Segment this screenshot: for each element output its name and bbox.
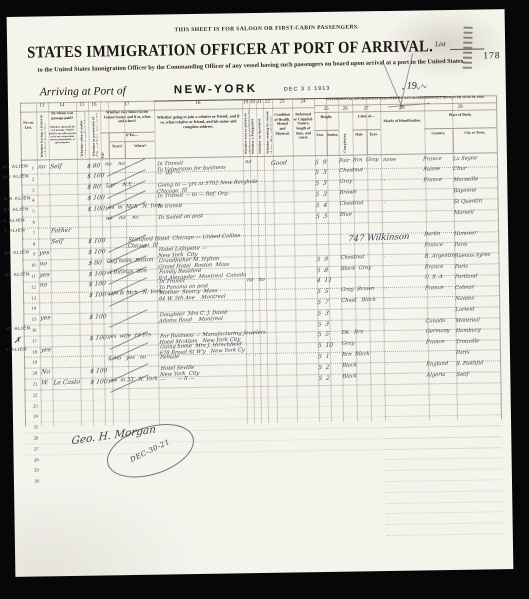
manifest-cell-friend: In Transit — to — Ref. Org. [157,191,229,199]
manifest-cell-country: France [424,243,443,249]
manifest-cell-town: Portland [454,275,477,281]
manifest-cell-payer: Father [51,227,72,235]
manifest-cell-money: $ 100 [87,205,105,213]
manifest-cell-country: Canada [425,318,446,324]
manifest-cell-town: Marseille [453,177,478,183]
ledger-line [387,522,503,525]
manifest-rows: 1NT ALIENnoSelf$ 80no noIn Transit To Va… [7,9,505,17]
manifest-cell-money: $ 100 [88,237,106,245]
manifest-cell-town: Marseil [453,210,474,216]
row-number: 19 [24,360,37,365]
manifest-cell-marks: · [385,319,387,325]
row-number: 26 [25,436,38,441]
manifest-cell-hair: Chestnut [339,201,364,207]
row-number: 27 [25,446,38,451]
manifest-cell-hair: Black [342,374,357,380]
manifest-cell-money: $ 100 [89,334,107,342]
row-number: 3 [21,187,34,192]
manifest-cell-c13: no [39,282,47,289]
manifest-cell-pencil: ✗ [13,336,21,346]
manifest-cell-prior: 4 mo yes no [108,355,147,362]
arriving-at-port-label: Arriving at Port of [40,85,126,98]
ledger-line [387,533,503,536]
manifest-cell-money: $ 100 [88,270,106,278]
manifest-cell-country: France [425,286,444,292]
row-number: 17 [24,338,37,343]
manifest-cell-friend: To Sailed on post [157,214,203,221]
manifest-grid [7,9,505,17]
ledger-line [386,468,502,471]
manifest-cell-height: 5 2 [318,363,330,370]
manifest-cell-hair: Black Gray [340,265,371,272]
manifest-cell-hair: Gray [339,179,352,185]
manifest-cell-money: $ 100 [90,378,108,386]
row-number: 21 [24,382,37,387]
manifest-cell-prior: no no [105,161,125,167]
manifest-cell-c13: yes [39,271,50,278]
manifest-cell-money: $ 80 [88,259,102,267]
manifest-cell-c13: yes [40,314,51,321]
manifest-cell-height: 5 3 [315,191,327,198]
ledger-line [386,479,502,482]
manifest-cell-marks: · [383,179,385,185]
manifest-cell-money: $ 100 [87,173,105,181]
manifest-cell-country: France [424,264,443,270]
ledger-line [386,501,502,504]
manifest-cell-town: Colmar [455,285,475,291]
manifest-cell-height: 5 3 [317,320,329,327]
manifest-cell-health: Good [271,159,288,167]
manifest-cell-town: Paris [456,350,470,356]
row-number: 13 [23,295,36,300]
sheet-type-banner: THIS SHEET IS FOR SALOON OR FIRST-CABIN … [157,24,377,33]
manifest-cell-flags: no no [247,278,265,284]
manifest-cell-country: Algeria [426,372,446,378]
ledger-line [385,404,501,407]
manifest-cell-c13: W. [41,379,49,386]
ledger-line [386,512,502,515]
manifest-cell-marks: · [385,287,387,293]
manifest-cell-town: St Quentin [453,199,482,206]
ledger-line [385,436,501,439]
row-number: 25 [25,425,38,430]
manifest-cell-town: Hanover [454,231,477,237]
manifest-cell-country: France [423,156,442,162]
manifest-cell-money: $ 100 [89,313,107,321]
manifest-cell-friend: In transit [157,204,182,210]
row-number: 23 [25,403,38,408]
manifest-cell-height: 5 7 [317,299,329,306]
manifest-cell-hair: Chestnut [339,168,364,174]
manifest-cell-town: Paris [454,242,468,248]
ledger-line [385,414,501,417]
arrival-date-stamp: DEC 3 1 1913 [284,86,331,93]
manifest-cell-stamp: NT ALIEN [4,249,29,255]
manifest-cell-town: Chur [453,167,467,173]
manifest-cell-town: Buenos Ayres [454,253,490,260]
port-name: NEW-YORK [174,83,258,96]
row-number: 8 [22,241,35,246]
manifest-cell-height: 5 5 [317,331,329,338]
manifest-cell-hair: Fair Brn Gray [339,157,379,164]
manifest-cell-money: $ 80 [87,183,101,191]
ledger-line [385,393,501,396]
pencil-squiggle: ∿∿ [413,81,428,92]
manifest-cell-friend: Daughter Mrs C. J. David Adams Road Mont… [159,310,228,324]
manifest-cell-marks: · · [384,254,393,260]
manifest-sheet: THIS SHEET IS FOR SALOON OR FIRST-CABIN … [7,9,514,577]
manifest-cell-height: 5 3 [317,309,329,316]
manifest-cell-payer: Self [50,162,63,169]
manifest-cell-stamp: AIK ALIEN [3,195,30,201]
manifest-cell-height: 5 5 [317,288,329,295]
manifest-cell-town: Nantes [455,296,474,302]
manifest-cell-height: 4 11 [316,277,332,285]
manifest-cell-stamp: NT ALIEN [5,271,30,277]
manifest-cell-town: S. Faithful [456,361,484,368]
manifest-cell-town: Lorient [455,307,475,313]
manifest-cell-country: France [426,340,445,346]
manifest-cell-height: 5 1 [318,353,330,360]
oval-stamp-date: DEC-30-21 [129,438,171,464]
row-number: 29 [26,468,39,473]
manifest-cell-prior: no no no [105,215,138,222]
manifest-cell-money: $ 100 [87,194,105,202]
manifest-cell-town: Setif [456,372,469,378]
manifest-cell-money: $ 100 [88,248,106,256]
manifest-cell-town: Bayonne [453,188,476,194]
row-number: 24 [25,414,38,419]
manifest-cell-height: 5 3 [315,169,327,176]
manifest-cell-country: Suisse [423,167,441,173]
manifest-cell-payer: Self [51,238,64,245]
manifest-cell-marks: none [383,157,396,163]
manifest-cell-country: R. Argentin [424,253,455,260]
row-number: 12 [23,284,36,289]
manifest-cell-flags: · · [248,354,257,360]
manifest-cell-country: France [423,178,442,184]
manifest-cell-stamp: NT ALIEN [3,163,28,169]
ledger-line [386,458,502,461]
ledger-line [386,490,502,493]
manifest-cell-hair: Blue [339,212,351,218]
column-header-26: 26 Complexion. [338,98,353,155]
list-label: List [435,40,446,48]
manifest-cell-friend: — do — [157,171,181,177]
ledger-line [385,425,501,428]
manifest-cell-country: Berlin [424,232,441,238]
row-number: 15 [23,317,36,322]
manifest-cell-flags: no [245,160,252,166]
manifest-cell-stamp: NT ALIEN [5,325,30,331]
manifest-cell-friend: Female [160,355,180,361]
manifest-cell-height: 5 9 [315,158,327,165]
manifest-cell-country: Germany [425,329,450,335]
date-oval-stamp: DEC-30-21 [100,414,200,487]
manifest-cell-c13: no [38,163,46,170]
manifest-cell-height: 5 3 [315,212,327,219]
manifest-cell-town: La Seyne [453,156,478,162]
manifest-cell-c13: No [41,368,51,375]
manifest-cell-town: Paris [454,264,468,270]
manifest-cell-money: $ 100 [88,280,106,288]
manifest-cell-hair: Brown [339,190,357,196]
manifest-cell-hair: Black [342,363,357,369]
row-number: 10 [22,263,35,268]
manifest-cell-friend: — — ll — [160,376,194,383]
manifest-cell-marks: · [386,363,388,369]
manifest-cell-payer: Le Casto [53,378,80,386]
manifest-cell-c13: yes [39,249,50,256]
manifest-cell-height: 5 9 [316,255,328,262]
manifest-cell-country: England [426,361,448,367]
row-number: 14 [23,306,36,311]
manifest-cell-stamp: NT ALIEN [4,206,29,212]
manifest-cell-hair: Chestnut [340,255,365,261]
row-number: 22 [25,392,38,397]
manifest-cell-town: Montreal [455,318,480,324]
manifest-cell-money: $ 100 [89,291,107,299]
manifest-cell-height: 5 4 [315,201,327,208]
manifest-cell-stamp: L ALIEN [4,217,25,223]
manifest-cell-height: 5 3 [315,180,327,187]
manifest-cell-height: 5 8 [316,266,328,273]
manifest-cell-height: 5 10 [317,342,333,350]
row-number: 30 [26,479,39,484]
manifest-cell-money: $ 100 [90,367,108,375]
manifest-cell-c13: no [39,260,47,267]
manifest-cell-hair: Chest. Black [341,298,376,305]
microfilm-frame: THIS SHEET IS FOR SALOON OR FIRST-CABIN … [0,0,529,599]
manifest-cell-c13: yes [41,346,52,353]
birth-subheader: Country. City or Town. [424,127,496,153]
manifest-cell-stamp: T ALIEN [6,346,27,352]
row-number: 20 [24,371,37,376]
manifest-cell-hair: Brn Black [342,352,370,359]
manifest-cell-country: U. S. A. [424,275,444,281]
manifest-cell-hair: Dk. Brn [341,330,364,336]
column-header-28: 28 Marks of Identification. [380,96,425,154]
manifest-cell-town: Hamburg [455,329,481,336]
manifest-cell-marks: · [383,201,385,207]
manifest-cell-money: $ 80 [87,162,101,170]
manifest-cell-hair: Gray [342,341,355,347]
manifest-cell-town: Trouville [455,339,479,345]
manifest-cell-height: 5 2 [318,374,330,381]
row-number: 28 [26,457,39,462]
ledger-line [385,447,501,450]
